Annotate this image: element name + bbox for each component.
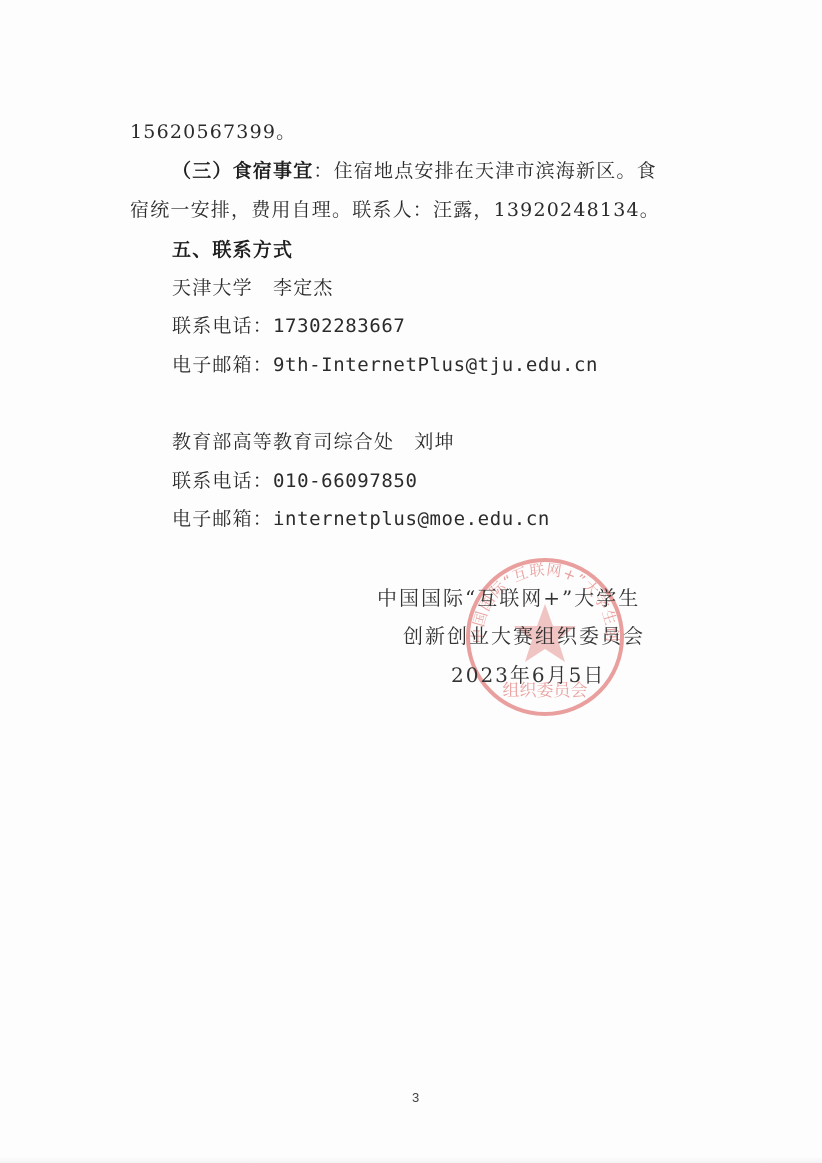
contact-2-email-row: 电子邮箱：internetplus@moe.edu.cn [172, 507, 550, 531]
signature-date: 2023年6月5日 [451, 663, 605, 687]
section-5-heading: 五、联系方式 [172, 238, 293, 262]
contact-1-phone: 17302283667 [273, 315, 405, 337]
contact-2-phone-row: 联系电话：010-66097850 [172, 469, 417, 493]
contact-1-phone-row: 联系电话：17302283667 [172, 314, 405, 338]
page-bottom-edge [0, 1157, 822, 1163]
contact-2-name: 教育部高等教育司综合处 刘坤 [172, 430, 455, 454]
section-3-label: （三）食宿事宜 [172, 160, 313, 182]
contact-2-email[interactable]: internetplus@moe.edu.cn [273, 508, 550, 530]
contact-2-phone: 010-66097850 [273, 470, 417, 492]
section-3-paragraph: （三）食宿事宜：住宿地点安排在天津市滨海新区。食 [172, 159, 657, 183]
document-page: 15620567399。 （三）食宿事宜：住宿地点安排在天津市滨海新区。食 宿统… [0, 0, 822, 1163]
contact-1-email-row: 电子邮箱：9th-InternetPlus@tju.edu.cn [172, 353, 598, 377]
contact-1-email[interactable]: 9th-InternetPlus@tju.edu.cn [273, 354, 598, 376]
section-3-text-line1: ：住宿地点安排在天津市滨海新区。食 [313, 160, 656, 182]
contact-1-name: 天津大学 李定杰 [172, 276, 334, 300]
section-3-text-line2: 宿统一安排，费用自理。联系人：汪露，13920248134。 [130, 198, 660, 222]
phone-label: 联系电话： [172, 315, 273, 337]
phone-label: 联系电话： [172, 470, 273, 492]
signature-org-line2: 创新创业大赛组织委员会 [403, 624, 645, 648]
phone-continuation: 15620567399。 [130, 120, 296, 144]
signature-org-line1: 中国国际“互联网+”大学生 [377, 586, 640, 610]
email-label: 电子邮箱： [172, 354, 273, 376]
email-label: 电子邮箱： [172, 508, 273, 530]
page-number: 3 [412, 1090, 419, 1105]
